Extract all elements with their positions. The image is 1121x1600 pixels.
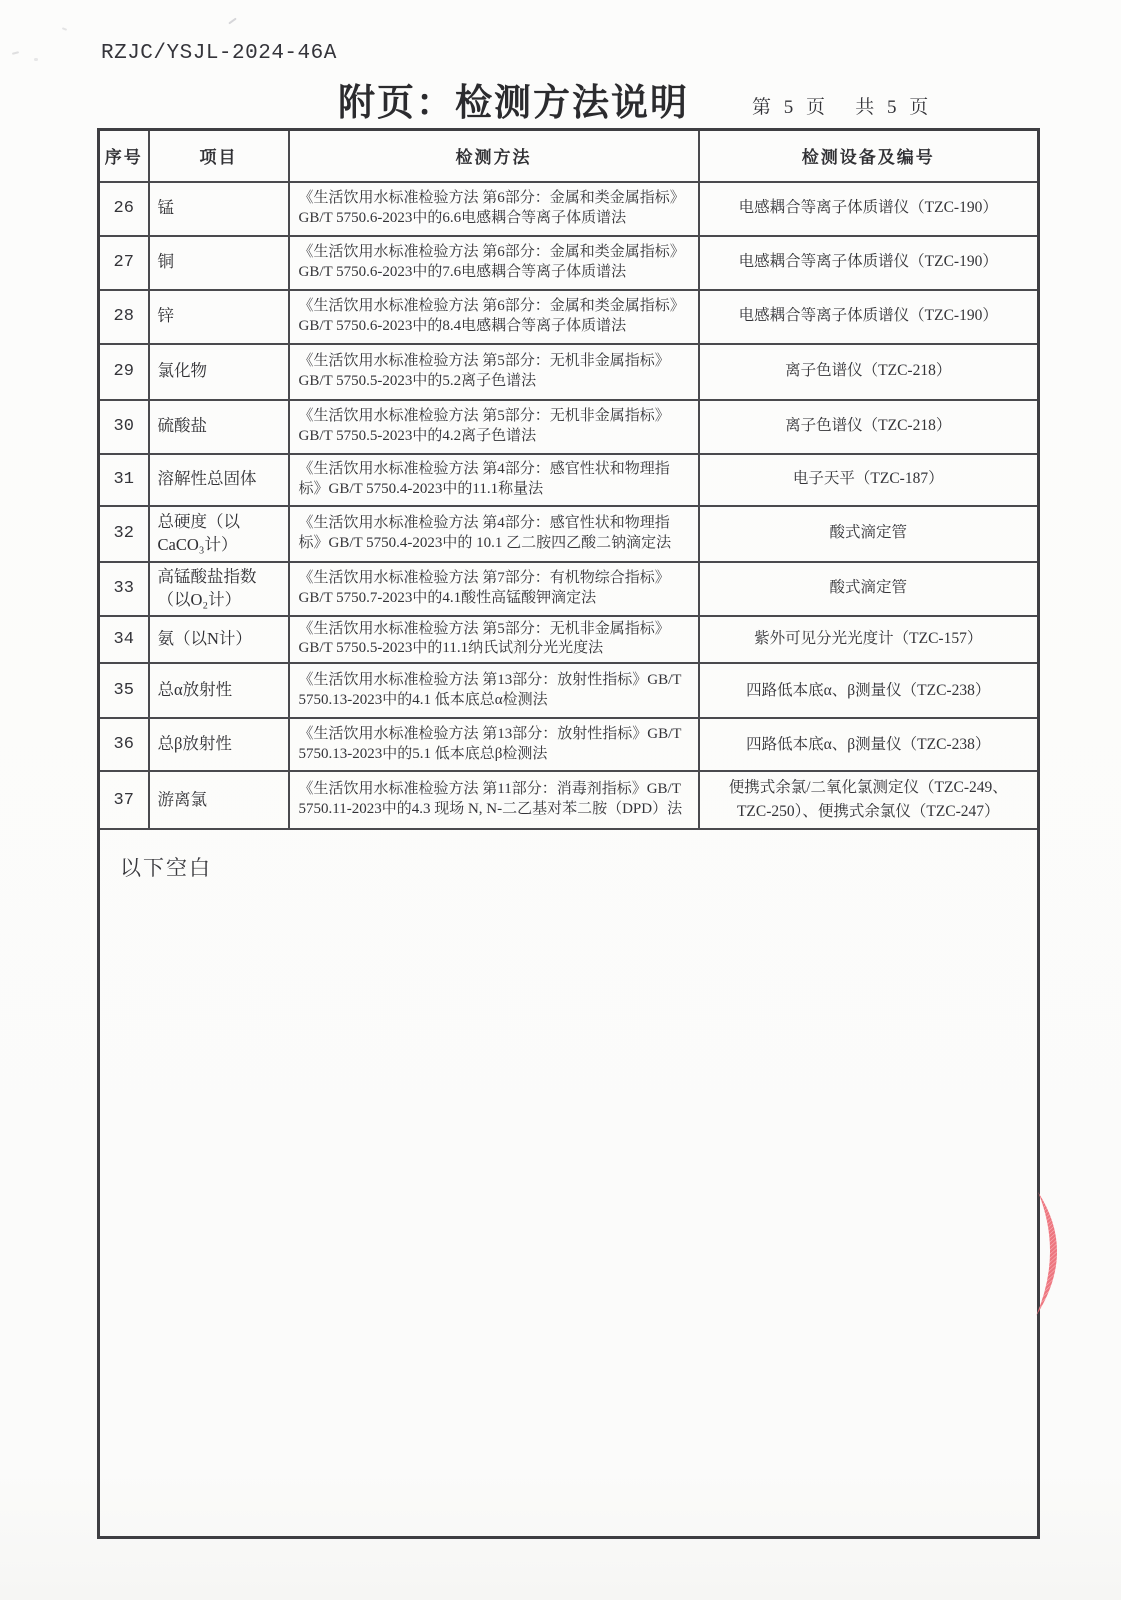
cell-no: 36 [99,718,149,771]
cell-method: 《生活饮用水标准检验方法 第7部分：有机物综合指标》GB/T 5750.7-20… [289,562,699,616]
cell-item: 氯化物 [149,344,289,400]
cell-item: 总β放射性 [149,718,289,771]
table-row: 28 锌 《生活饮用水标准检验方法 第6部分：金属和类金属指标》GB/T 575… [99,290,1039,344]
cell-no: 31 [99,454,149,506]
table-row: 27 铜 《生活饮用水标准检验方法 第6部分：金属和类金属指标》GB/T 575… [99,236,1039,290]
cell-equipment: 四路低本底α、β测量仪（TZC-238） [699,663,1039,718]
methods-table: 序号 项目 检测方法 检测设备及编号 26 锰 《生活饮用水标准检验方法 第6部… [97,128,1040,1539]
table-row: 34 氨（以N计） 《生活饮用水标准检验方法 第5部分：无机非金属指标》GB/T… [99,616,1039,664]
cell-equipment: 便携式余氯/二氧化氯测定仪（TZC-249、TZC-250）、便携式余氯仪（TZ… [699,771,1039,829]
table-row: 37 游离氯 《生活饮用水标准检验方法 第11部分：消毒剂指标》GB/T 575… [99,771,1039,829]
cell-equipment: 电感耦合等离子体质谱仪（TZC-190） [699,182,1039,236]
cell-no: 26 [99,182,149,236]
table-row: 35 总α放射性 《生活饮用水标准检验方法 第13部分：放射性指标》GB/T 5… [99,663,1039,718]
blank-note-cell: 以下空白 [99,829,1039,1537]
cell-no: 37 [99,771,149,829]
cell-method: 《生活饮用水标准检验方法 第5部分：无机非金属指标》GB/T 5750.5-20… [289,400,699,454]
cell-item: 游离氯 [149,771,289,829]
cell-no: 28 [99,290,149,344]
table-row: 30 硫酸盐 《生活饮用水标准检验方法 第5部分：无机非金属指标》GB/T 57… [99,400,1039,454]
cell-method: 《生活饮用水标准检验方法 第11部分：消毒剂指标》GB/T 5750.11-20… [289,771,699,829]
cell-method: 《生活饮用水标准检验方法 第13部分：放射性指标》GB/T 5750.13-20… [289,663,699,718]
col-header-equipment: 检测设备及编号 [699,130,1039,182]
blank-filler-row: 以下空白 [99,829,1039,1537]
cell-method: 《生活饮用水标准检验方法 第6部分：金属和类金属指标》GB/T 5750.6-2… [289,182,699,236]
doc-code: RZJC/YSJL-2024-46A [101,42,337,65]
document-page: RZJC/YSJL-2024-46A 附页：检测方法说明 第 5 页 共 5 页… [0,0,1121,1600]
scan-speck [228,18,237,25]
cell-no: 35 [99,663,149,718]
cell-no: 34 [99,616,149,664]
cell-equipment: 电感耦合等离子体质谱仪（TZC-190） [699,290,1039,344]
cell-equipment: 酸式滴定管 [699,562,1039,616]
cell-no: 33 [99,562,149,616]
cell-no: 27 [99,236,149,290]
page-number: 第 5 页 共 5 页 [752,92,932,119]
cell-equipment: 四路低本底α、β测量仪（TZC-238） [699,718,1039,771]
cell-item: 总α放射性 [149,663,289,718]
table-header-row: 序号 项目 检测方法 检测设备及编号 [99,130,1039,182]
table-row: 32 总硬度（以CaCO₃计） 《生活饮用水标准检验方法 第4部分：感官性状和物… [99,506,1039,562]
table-row: 36 总β放射性 《生活饮用水标准检验方法 第13部分：放射性指标》GB/T 5… [99,718,1039,771]
col-header-method: 检测方法 [289,130,699,182]
cell-item: 氨（以N计） [149,616,289,664]
cell-equipment: 酸式滴定管 [699,506,1039,562]
table-row: 29 氯化物 《生活饮用水标准检验方法 第5部分：无机非金属指标》GB/T 57… [99,344,1039,400]
cell-equipment: 离子色谱仪（TZC-218） [699,400,1039,454]
col-header-no: 序号 [99,130,149,182]
cell-equipment: 离子色谱仪（TZC-218） [699,344,1039,400]
scan-speck [62,27,67,31]
cell-method: 《生活饮用水标准检验方法 第4部分：感官性状和物理指标》GB/T 5750.4-… [289,506,699,562]
cell-item: 锰 [149,182,289,236]
col-header-item: 项目 [149,130,289,182]
scan-speck [34,58,38,61]
cell-method: 《生活饮用水标准检验方法 第6部分：金属和类金属指标》GB/T 5750.6-2… [289,290,699,344]
cell-equipment: 电子天平（TZC-187） [699,454,1039,506]
table-row: 33 高锰酸盐指数（以O₂计） 《生活饮用水标准检验方法 第7部分：有机物综合指… [99,562,1039,616]
cell-method: 《生活饮用水标准检验方法 第5部分：无机非金属指标》GB/T 5750.5-20… [289,616,699,664]
cell-equipment: 紫外可见分光光度计（TZC-157） [699,616,1039,664]
blank-note: 以下空白 [120,856,212,880]
scan-speck [12,51,19,55]
page-title: 附页：检测方法说明 [338,72,689,126]
cell-method: 《生活饮用水标准检验方法 第5部分：无机非金属指标》GB/T 5750.5-20… [289,344,699,400]
cell-item: 溶解性总固体 [149,454,289,506]
cell-item: 铜 [149,236,289,290]
cell-item: 高锰酸盐指数（以O₂计） [149,562,289,616]
cell-item: 总硬度（以CaCO₃计） [149,506,289,562]
cell-no: 32 [99,506,149,562]
cell-equipment: 电感耦合等离子体质谱仪（TZC-190） [699,236,1039,290]
table-row: 31 溶解性总固体 《生活饮用水标准检验方法 第4部分：感官性状和物理指标》GB… [99,454,1039,506]
cell-method: 《生活饮用水标准检验方法 第4部分：感官性状和物理指标》GB/T 5750.4-… [289,454,699,506]
cell-method: 《生活饮用水标准检验方法 第13部分：放射性指标》GB/T 5750.13-20… [289,718,699,771]
cell-method: 《生活饮用水标准检验方法 第6部分：金属和类金属指标》GB/T 5750.6-2… [289,236,699,290]
cell-no: 30 [99,400,149,454]
cell-item: 锌 [149,290,289,344]
cell-item: 硫酸盐 [149,400,289,454]
cell-no: 29 [99,344,149,400]
table-row: 26 锰 《生活饮用水标准检验方法 第6部分：金属和类金属指标》GB/T 575… [99,182,1039,236]
